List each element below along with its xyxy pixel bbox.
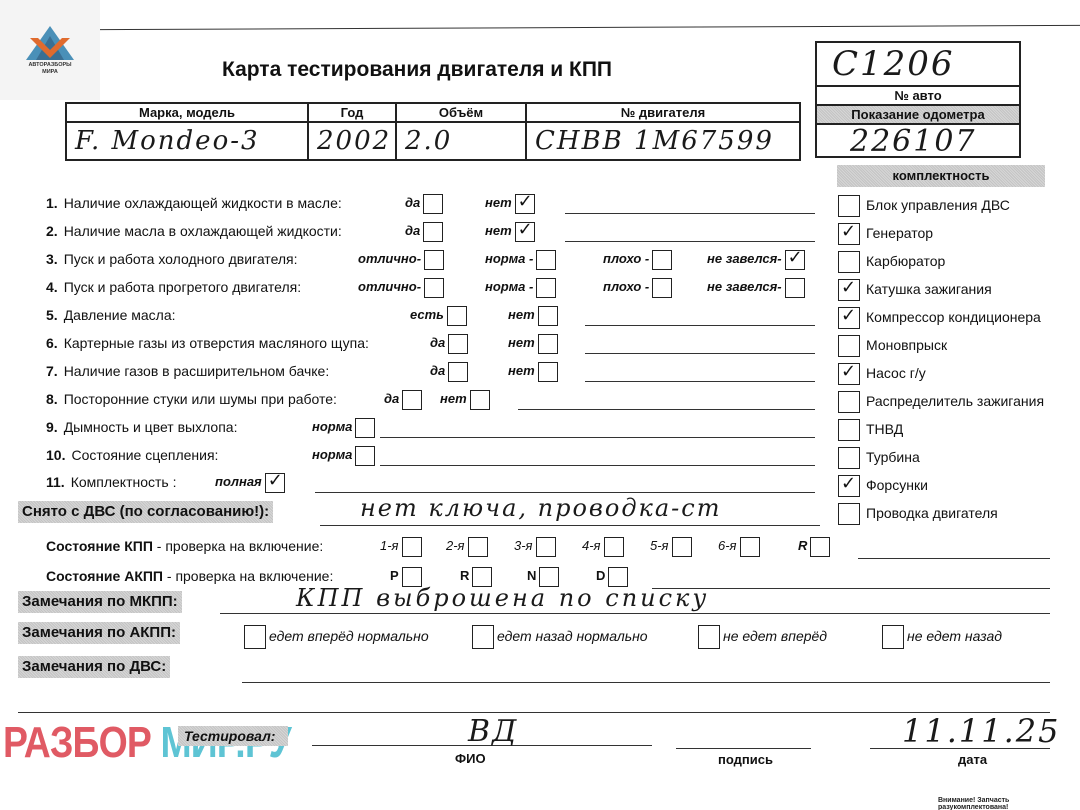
akpp-state-label: Состояние АКПП - проверка на включение: bbox=[46, 565, 333, 587]
question-3-option: отлично- bbox=[358, 248, 444, 270]
question-8: 8.Посторонние стуки или шумы при работе: bbox=[46, 388, 337, 410]
question-number: 4. bbox=[46, 279, 58, 295]
question-4-checkbox-2[interactable] bbox=[536, 278, 556, 298]
mkpp-underline bbox=[220, 613, 1050, 614]
completeness-checkbox-2[interactable]: ✓ bbox=[838, 223, 860, 245]
checkmark-icon: ✓ bbox=[518, 219, 533, 241]
completeness-item-label: Катушка зажигания bbox=[866, 281, 992, 297]
question-4: 4.Пуск и работа прогретого двигателя: bbox=[46, 276, 301, 298]
akpp-remark-checkbox-1[interactable] bbox=[244, 625, 266, 649]
question-6-option: да bbox=[430, 332, 468, 354]
question-text: Состояние сцепления: bbox=[71, 447, 218, 463]
akpp-remark-label: не едет назад bbox=[907, 628, 1002, 644]
question-text: Наличие масла в охлаждающей жидкости: bbox=[64, 223, 342, 239]
vehicle-info-table: Марка, модель Год Объём № двигателя F. M… bbox=[65, 102, 801, 161]
checkmark-icon: ✓ bbox=[841, 276, 856, 300]
question-10-option: норма bbox=[312, 444, 375, 466]
auto-number-value[interactable]: C1206 bbox=[832, 44, 955, 84]
option-label: плохо - bbox=[603, 279, 649, 294]
question-text: Наличие охлаждающей жидкости в масле: bbox=[64, 195, 342, 211]
akpp-remark-label: не едет вперёд bbox=[723, 628, 827, 644]
question-text: Наличие газов в расширительном бачке: bbox=[64, 363, 330, 379]
removed-label: Снято с ДВС (по согласованию!): bbox=[18, 501, 273, 523]
option-label: нет bbox=[440, 391, 467, 406]
volume-value[interactable]: 2.0 bbox=[396, 122, 526, 160]
option-label: да bbox=[430, 363, 445, 378]
gear-label: 6-я bbox=[718, 538, 737, 553]
question-number: 5. bbox=[46, 307, 58, 323]
question-3-checkbox-2[interactable] bbox=[536, 250, 556, 270]
question-2-notes-line[interactable] bbox=[565, 241, 815, 242]
question-text: Давление масла: bbox=[64, 307, 176, 323]
option-label: отлично- bbox=[358, 251, 421, 266]
question-4-checkbox-4[interactable] bbox=[785, 278, 805, 298]
akpp-remark-checkbox-2[interactable] bbox=[472, 625, 494, 649]
completeness-item: Проводка двигателя bbox=[838, 501, 998, 525]
company-logo: АВТОРАЗБОРЫ МИРА bbox=[0, 0, 100, 100]
akpp-remark-option: не едет назад bbox=[882, 624, 1002, 648]
page-title: Карта тестирования двигателя и КПП bbox=[222, 58, 612, 82]
completeness-checkbox-4[interactable]: ✓ bbox=[838, 279, 860, 301]
question-6-option: нет bbox=[508, 332, 558, 354]
question-7-checkbox-1[interactable] bbox=[448, 362, 468, 382]
question-1: 1.Наличие охлаждающей жидкости в масле: bbox=[46, 192, 342, 214]
akpp-remarks-label: Замечания по АКПП: bbox=[18, 622, 180, 644]
completeness-item: Моновпрыск bbox=[838, 333, 947, 357]
question-number: 1. bbox=[46, 195, 58, 211]
question-1-checkbox-2[interactable]: ✓ bbox=[515, 194, 535, 214]
option-label: да bbox=[405, 223, 420, 238]
engine-number-value[interactable]: CHBB 1M67599 bbox=[526, 122, 800, 160]
fio-value[interactable]: ВД bbox=[468, 714, 518, 749]
question-text: Пуск и работа холодного двигателя: bbox=[64, 251, 298, 267]
option-label: плохо - bbox=[603, 251, 649, 266]
kpp-gear-checkbox-7[interactable] bbox=[810, 537, 830, 557]
akpp-remark-option: не едет вперёд bbox=[698, 624, 827, 648]
completeness-checkbox-5[interactable]: ✓ bbox=[838, 307, 860, 329]
question-number: 9. bbox=[46, 419, 58, 435]
question-text: Посторонние стуки или шумы при работе: bbox=[64, 391, 337, 407]
kpp-gear-checkbox-5[interactable] bbox=[672, 537, 692, 557]
checkmark-icon: ✓ bbox=[788, 247, 803, 269]
kpp-gear-checkbox-1[interactable] bbox=[402, 537, 422, 557]
question-2-option: нет✓ bbox=[485, 220, 535, 242]
kpp-gear-checkbox-3[interactable] bbox=[536, 537, 556, 557]
completeness-checkbox-10[interactable] bbox=[838, 447, 860, 469]
question-8-notes-line[interactable] bbox=[518, 409, 815, 410]
completeness-item: ✓Насос г/у bbox=[838, 361, 926, 385]
question-3-option: норма - bbox=[485, 248, 556, 270]
kpp-gear: 1-я bbox=[380, 535, 422, 557]
question-6-checkbox-1[interactable] bbox=[448, 334, 468, 354]
question-8-option: нет bbox=[440, 388, 490, 410]
akpp-underline bbox=[652, 588, 1050, 589]
gear-label: 3-я bbox=[514, 538, 533, 553]
akpp-remark-option: едет назад нормально bbox=[472, 624, 648, 648]
question-9-option: норма bbox=[312, 416, 375, 438]
completeness-checkbox-9[interactable] bbox=[838, 419, 860, 441]
gear-label: 1-я bbox=[380, 538, 399, 553]
completeness-item: ТНВД bbox=[838, 417, 903, 441]
question-5-notes-line[interactable] bbox=[585, 325, 815, 326]
completeness-checkbox-6[interactable] bbox=[838, 335, 860, 357]
gear-label: 4-я bbox=[582, 538, 601, 553]
question-11-checkbox-1[interactable]: ✓ bbox=[265, 473, 285, 493]
question-7-option: да bbox=[430, 360, 468, 382]
checkmark-icon: ✓ bbox=[841, 360, 856, 384]
question-text: Дымность и цвет выхлопа: bbox=[64, 419, 238, 435]
kpp-gear: 2-я bbox=[446, 535, 488, 557]
question-5-checkbox-1[interactable] bbox=[447, 306, 467, 326]
question-7-checkbox-2[interactable] bbox=[538, 362, 558, 382]
question-7: 7.Наличие газов в расширительном бачке: bbox=[46, 360, 329, 382]
completeness-item: ✓Катушка зажигания bbox=[838, 277, 992, 301]
header-volume: Объём bbox=[396, 103, 526, 122]
option-label: есть bbox=[410, 307, 444, 322]
kpp-gear: 3-я bbox=[514, 535, 556, 557]
completeness-checkbox-7[interactable]: ✓ bbox=[838, 363, 860, 385]
dvs-underline bbox=[242, 682, 1050, 683]
removed-underline bbox=[320, 525, 820, 526]
option-label: норма bbox=[312, 447, 352, 462]
question-10-notes-line[interactable] bbox=[380, 465, 815, 466]
mode-label: D bbox=[596, 568, 605, 583]
completeness-item: Блок управления ДВС bbox=[838, 193, 1010, 217]
question-2-option: да bbox=[405, 220, 443, 242]
completeness-item: Карбюратор bbox=[838, 249, 945, 273]
akpp-remark-checkbox-4[interactable] bbox=[882, 625, 904, 649]
question-3-checkbox-1[interactable] bbox=[424, 250, 444, 270]
question-5: 5.Давление масла: bbox=[46, 304, 176, 326]
checkmark-icon: ✓ bbox=[841, 304, 856, 328]
akpp-remark-label: едет вперёд нормально bbox=[269, 628, 429, 644]
question-3-checkbox-4[interactable]: ✓ bbox=[785, 250, 805, 270]
header-engine-number: № двигателя bbox=[526, 103, 800, 122]
kpp-underline bbox=[858, 558, 1050, 559]
gear-label: 5-я bbox=[650, 538, 669, 553]
date-value[interactable]: 11.11.25 bbox=[902, 712, 1061, 750]
option-label: нет bbox=[508, 307, 535, 322]
checkmark-icon: ✓ bbox=[268, 470, 283, 492]
question-2-checkbox-2[interactable]: ✓ bbox=[515, 222, 535, 242]
make-model-value[interactable]: F. Mondeo-3 bbox=[66, 122, 308, 160]
question-9: 9.Дымность и цвет выхлопа: bbox=[46, 416, 237, 438]
question-number: 10. bbox=[46, 447, 65, 463]
kpp-gear: 4-я bbox=[582, 535, 624, 557]
top-divider bbox=[100, 25, 1080, 30]
checkmark-icon: ✓ bbox=[841, 472, 856, 496]
question-8-option: да bbox=[384, 388, 422, 410]
option-label: полная bbox=[215, 474, 262, 489]
akpp-remark-label: едет назад нормально bbox=[497, 628, 648, 644]
completeness-item-label: Насос г/у bbox=[866, 365, 926, 381]
question-5-option: есть bbox=[410, 304, 467, 326]
question-3-checkbox-3[interactable] bbox=[652, 250, 672, 270]
question-7-option: нет bbox=[508, 360, 558, 382]
question-6-notes-line[interactable] bbox=[585, 353, 815, 354]
question-1-option: да bbox=[405, 192, 443, 214]
mkpp-remarks-label: Замечания по МКПП: bbox=[18, 591, 182, 613]
question-7-notes-line[interactable] bbox=[585, 381, 815, 382]
option-label: отлично- bbox=[358, 279, 421, 294]
question-6-checkbox-2[interactable] bbox=[538, 334, 558, 354]
question-text: Картерные газы из отверстия масляного щу… bbox=[64, 335, 369, 351]
mode-label: N bbox=[527, 568, 536, 583]
completeness-item: Турбина bbox=[838, 445, 920, 469]
question-number: 3. bbox=[46, 251, 58, 267]
question-3-option: плохо - bbox=[603, 248, 672, 270]
question-number: 11. bbox=[46, 474, 65, 490]
kpp-gear: 6-я bbox=[718, 535, 760, 557]
completeness-checkbox-12[interactable] bbox=[838, 503, 860, 525]
question-9-checkbox-1[interactable] bbox=[355, 418, 375, 438]
option-label: нет bbox=[508, 363, 535, 378]
question-10-checkbox-1[interactable] bbox=[355, 446, 375, 466]
completeness-item: ✓Генератор bbox=[838, 221, 933, 245]
kpp-gear-checkbox-4[interactable] bbox=[604, 537, 624, 557]
removed-value[interactable]: нет ключа, проводка-ст bbox=[360, 494, 721, 522]
question-11-notes-line[interactable] bbox=[315, 492, 815, 493]
tested-by-label: Тестировал: bbox=[178, 726, 288, 746]
question-number: 2. bbox=[46, 223, 58, 239]
question-4-option: плохо - bbox=[603, 276, 672, 298]
year-value[interactable]: 2002 bbox=[308, 122, 396, 160]
question-3-option: не завелся-✓ bbox=[707, 248, 805, 270]
completeness-item-label: Турбина bbox=[866, 449, 920, 465]
question-number: 7. bbox=[46, 363, 58, 379]
completeness-checkbox-8[interactable] bbox=[838, 391, 860, 413]
header-year: Год bbox=[308, 103, 396, 122]
completeness-item-label: Блок управления ДВС bbox=[866, 197, 1010, 213]
fio-label: ФИО bbox=[455, 751, 486, 766]
question-number: 6. bbox=[46, 335, 58, 351]
completeness-item: ✓Компрессор кондиционера bbox=[838, 305, 1041, 329]
completeness-item-label: Моновпрыск bbox=[866, 337, 947, 353]
dvs-remarks-label: Замечания по ДВС: bbox=[18, 656, 170, 678]
checkmark-icon: ✓ bbox=[841, 220, 856, 244]
completeness-item-label: ТНВД bbox=[866, 421, 903, 437]
completeness-checkbox-1[interactable] bbox=[838, 195, 860, 217]
gear-label: R bbox=[798, 538, 807, 553]
logo-text: АВТОРАЗБОРЫ МИРА bbox=[14, 62, 86, 76]
question-8-checkbox-1[interactable] bbox=[402, 390, 422, 410]
completeness-item-label: Компрессор кондиционера bbox=[866, 309, 1041, 325]
question-11: 11.Комплектность : bbox=[46, 471, 177, 493]
question-4-option: норма - bbox=[485, 276, 556, 298]
completeness-item: Распределитель зажигания bbox=[838, 389, 1044, 413]
dvs-underline-2 bbox=[18, 712, 1050, 713]
completeness-item-label: Генератор bbox=[866, 225, 933, 241]
question-1-notes-line[interactable] bbox=[565, 213, 815, 214]
option-label: да bbox=[384, 391, 399, 406]
question-5-option: нет bbox=[508, 304, 558, 326]
gear-label: 2-я bbox=[446, 538, 465, 553]
option-label: нет bbox=[485, 223, 512, 238]
question-4-option: не завелся- bbox=[707, 276, 805, 298]
option-label: да bbox=[405, 195, 420, 210]
option-label: не завелся- bbox=[707, 251, 782, 266]
mode-label: R bbox=[460, 568, 469, 583]
question-1-option: нет✓ bbox=[485, 192, 535, 214]
option-label: не завелся- bbox=[707, 279, 782, 294]
logo-icon bbox=[24, 24, 76, 62]
question-2: 2.Наличие масла в охлаждающей жидкости: bbox=[46, 220, 342, 242]
akpp-remark-option: едет вперёд нормально bbox=[244, 624, 429, 648]
auto-number-label: № авто bbox=[815, 85, 1021, 103]
question-10: 10.Состояние сцепления: bbox=[46, 444, 218, 466]
mode-label: P bbox=[390, 568, 399, 583]
completeness-item-label: Форсунки bbox=[866, 477, 928, 493]
kpp-gear: 5-я bbox=[650, 535, 692, 557]
checkmark-icon: ✓ bbox=[518, 191, 533, 213]
completeness-item-label: Распределитель зажигания bbox=[866, 393, 1044, 409]
header-make-model: Марка, модель bbox=[66, 103, 308, 122]
question-4-option: отлично- bbox=[358, 276, 444, 298]
question-11-option: полная✓ bbox=[215, 471, 285, 493]
question-2-checkbox-1[interactable] bbox=[423, 222, 443, 242]
completeness-checkbox-11[interactable]: ✓ bbox=[838, 475, 860, 497]
completeness-item-label: Карбюратор bbox=[866, 253, 945, 269]
completeness-checkbox-3[interactable] bbox=[838, 251, 860, 273]
question-4-checkbox-3[interactable] bbox=[652, 278, 672, 298]
question-3: 3.Пуск и работа холодного двигателя: bbox=[46, 248, 298, 270]
question-4-checkbox-1[interactable] bbox=[424, 278, 444, 298]
option-label: нет bbox=[508, 335, 535, 350]
question-6: 6.Картерные газы из отверстия масляного … bbox=[46, 332, 369, 354]
completeness-item: ✓Форсунки bbox=[838, 473, 928, 497]
option-label: да bbox=[430, 335, 445, 350]
question-9-notes-line[interactable] bbox=[380, 437, 815, 438]
option-label: нет bbox=[485, 195, 512, 210]
kpp-gear-checkbox-6[interactable] bbox=[740, 537, 760, 557]
question-8-checkbox-2[interactable] bbox=[470, 390, 490, 410]
mkpp-remarks-value[interactable]: КПП выброшена по списку bbox=[296, 584, 709, 612]
question-text: Пуск и работа прогретого двигателя: bbox=[64, 279, 301, 295]
date-label: дата bbox=[958, 752, 987, 767]
question-number: 8. bbox=[46, 391, 58, 407]
completeness-item-label: Проводка двигателя bbox=[866, 505, 998, 521]
warning-text: Внимание! Запчасть разукомплектована! bbox=[938, 797, 1080, 810]
odometer-label: Показание одометра bbox=[817, 104, 1019, 125]
question-text: Комплектность : bbox=[71, 474, 177, 490]
option-label: норма - bbox=[485, 251, 533, 266]
option-label: норма - bbox=[485, 279, 533, 294]
question-5-checkbox-2[interactable] bbox=[538, 306, 558, 326]
signature-underline bbox=[676, 748, 811, 749]
completeness-header: комплектность bbox=[837, 165, 1045, 187]
question-1-checkbox-1[interactable] bbox=[423, 194, 443, 214]
option-label: норма bbox=[312, 419, 352, 434]
kpp-gear: R bbox=[798, 535, 830, 557]
signature-label: подпись bbox=[718, 752, 773, 767]
kpp-gear-checkbox-2[interactable] bbox=[468, 537, 488, 557]
akpp-remark-checkbox-3[interactable] bbox=[698, 625, 720, 649]
odometer-value[interactable]: 226107 bbox=[850, 124, 977, 159]
kpp-state-label: Состояние КПП - проверка на включение: bbox=[46, 535, 323, 557]
